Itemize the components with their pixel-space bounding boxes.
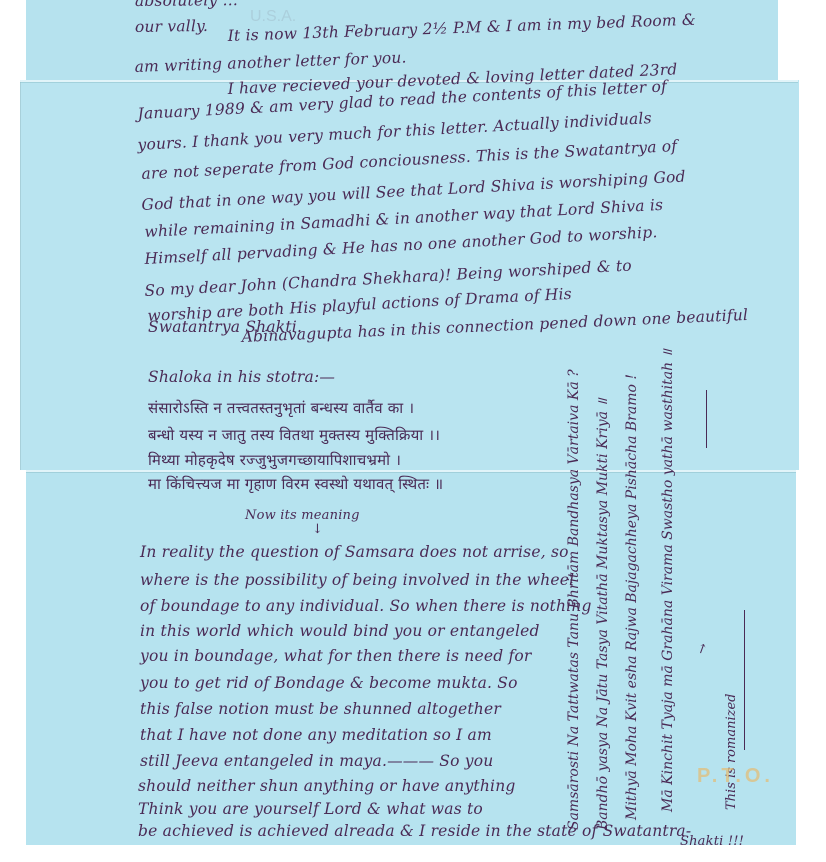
sanskrit-verse-line: संसारोऽस्ति न तत्त्वतस्तनुभृतां बन्धस्य …	[148, 398, 414, 418]
letter-line: absolutely ...	[135, 0, 238, 10]
pto-mark: P.T.O.	[697, 765, 774, 788]
transliteration-column: Bandhō yasya Na Jātu Tasya Vitathā Mukta…	[593, 398, 612, 830]
column-rule	[706, 390, 707, 448]
transliteration-column: Mā Kinchit Tyaja mā Grahāna Virama Swast…	[658, 349, 677, 812]
watermark: U.S.A.	[250, 8, 296, 26]
meaning-line: should neither shun anything or have any…	[138, 777, 516, 795]
meaning-line: still Jeeva entangeled in maya.——— So yo…	[140, 752, 493, 770]
letter-line: our vally.	[135, 17, 208, 36]
meaning-line: of boundage to any individual. So when t…	[140, 597, 592, 615]
transliteration-column: Mithyā Moha Kvit esha Rajwa Bajagachheya…	[624, 374, 640, 820]
transliteration-column: Samsārosti Na Tattwatas Tanu Bhritām Ban…	[566, 369, 582, 830]
meaning-heading: Now its meaning	[245, 508, 360, 523]
meaning-line: Shakti !!!	[680, 834, 744, 849]
margin-note: This is romanized	[724, 694, 739, 810]
meaning-line: in this world which would bind you or en…	[140, 622, 540, 640]
meaning-line: where is the possibility of being involv…	[140, 571, 574, 589]
letter-line: Shaloka in his stotra:—	[148, 368, 335, 386]
meaning-line: that I have not done any meditation so I…	[140, 726, 492, 744]
sanskrit-verse-line: मिथ्या मोहकृदेष रज्जुभुजगच्छायापिशाचभ्रम…	[148, 450, 401, 470]
sanskrit-verse-line: बन्धो यस्य न जातु तस्य वितथा मुक्तस्य मु…	[148, 425, 440, 445]
meaning-line: this false notion must be shunned altoge…	[140, 700, 501, 718]
down-arrow-icon: ↓	[312, 522, 323, 537]
meaning-line: Think you are yourself Lord & what was t…	[138, 800, 483, 818]
fold-line-middle	[26, 470, 796, 472]
meaning-line: you to get rid of Bondage & become mukta…	[140, 674, 518, 692]
sanskrit-verse-line: मा किंचित्त्यज मा गृहाण विरम स्वस्थो यथा…	[148, 474, 443, 494]
meaning-line: In reality the question of Samsara does …	[140, 543, 569, 561]
meaning-line: you in boundage, what for then there is …	[140, 647, 532, 665]
margin-underline	[744, 610, 745, 750]
